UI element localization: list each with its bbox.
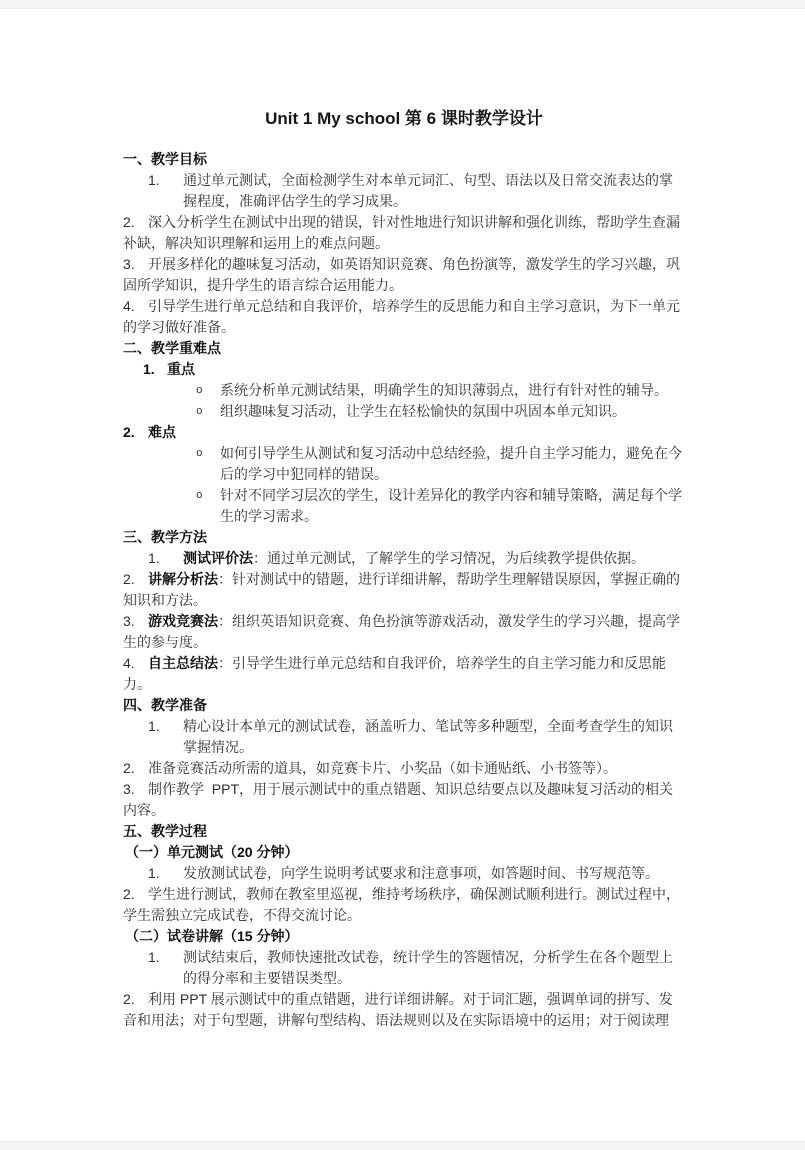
list-marker: 2.	[123, 989, 148, 1010]
list-item-text: 测试结束后，教师快速批改试卷，统计学生的答题情况，分析学生在各个题型上的得分率和…	[183, 949, 673, 986]
list-item: 3.制作教学 PPT，用于展示测试中的重点错题、知识总结要点以及趣味复习活动的相…	[123, 779, 685, 821]
bullet-text: 组织趣味复习活动，让学生在轻松愉快的氛围中巩固本单元知识。	[220, 403, 626, 419]
list-marker: 3.	[123, 611, 148, 632]
method-name: 自主总结法	[148, 655, 218, 671]
bullet-text: 如何引导学生从测试和复习活动中总结经验，提升自主学习能力，避免在今后的学习中犯同…	[220, 445, 682, 482]
list-item: 2.讲解分析法：针对测试中的错题，进行详细讲解，帮助学生理解错误原因，掌握正确的…	[123, 569, 685, 611]
list-marker: 1.	[148, 716, 160, 737]
list-marker: 3.	[123, 779, 148, 800]
list-marker: 1.	[148, 170, 160, 191]
list-marker: 2.	[123, 758, 148, 779]
list-item-text: 精心设计本单元的测试试卷，涵盖听力、笔试等多种题型，全面考查学生的知识掌握情况。	[183, 718, 673, 755]
bullet-text: 系统分析单元测试结果，明确学生的知识薄弱点，进行有针对性的辅导。	[220, 382, 668, 398]
subsection-heading-unit-test: （一）单元测试（20 分钟）	[123, 842, 685, 863]
document-title: Unit 1 My school 第 6 课时教学设计	[123, 107, 685, 131]
section-heading-preparation: 四、教学准备	[123, 695, 685, 716]
list-item: 2.学生进行测试，教师在教室里巡视，维持考场秩序，确保测试顺利进行。测试过程中，…	[123, 884, 685, 926]
method-name: 讲解分析法	[148, 571, 218, 587]
list-item: 4.自主总结法：引导学生进行单元总结和自我评价，培养学生的自主学习能力和反思能力…	[123, 653, 685, 695]
list-item-text: 开展多样化的趣味复习活动，如英语知识竞赛、角色扮演等，激发学生的学习兴趣，巩固所…	[123, 256, 680, 293]
bullet-marker: o	[196, 402, 203, 423]
list-marker: 1.	[143, 359, 155, 380]
list-marker: 2.	[123, 212, 148, 233]
list-item-text: 通过单元测试，全面检测学生对本单元词汇、句型、语法以及日常交流表达的掌握程度，准…	[183, 172, 673, 209]
bullet-text: 针对不同学习层次的学生，设计差异化的教学内容和辅导策略，满足每个学生的学习需求。	[220, 487, 682, 524]
bullet-marker: o	[196, 444, 203, 465]
list-item: 3.游戏竞赛法：组织英语知识竞赛、角色扮演等游戏活动，激发学生的学习兴趣，提高学…	[123, 611, 685, 653]
bullet-marker: o	[196, 381, 203, 402]
list-item-difficult-points: 2.难点	[123, 422, 685, 443]
list-item-text: 重点	[167, 361, 195, 377]
bullet-item: o系统分析单元测试结果，明确学生的知识薄弱点，进行有针对性的辅导。	[123, 380, 685, 401]
list-marker: 2.	[123, 884, 148, 905]
bullet-item: o针对不同学习层次的学生，设计差异化的教学内容和辅导策略，满足每个学生的学习需求…	[123, 485, 685, 527]
list-marker: 4.	[123, 296, 148, 317]
list-marker: 1.	[148, 947, 160, 968]
list-item: 1.测试结束后，教师快速批改试卷，统计学生的答题情况，分析学生在各个题型上的得分…	[123, 947, 685, 989]
list-item: 1.精心设计本单元的测试试卷，涵盖听力、笔试等多种题型，全面考查学生的知识掌握情…	[123, 716, 685, 758]
list-item: 2.准备竞赛活动所需的道具，如竞赛卡片、小奖品（如卡通贴纸、小书签等）。	[123, 758, 685, 779]
bullet-item: o组织趣味复习活动，让学生在轻松愉快的氛围中巩固本单元知识。	[123, 401, 685, 422]
bullet-marker: o	[196, 486, 203, 507]
list-item-text: ：通过单元测试，了解学生的学习情况，为后续教学提供依据。	[253, 550, 645, 566]
list-item-key-points: 1.重点	[123, 359, 685, 380]
list-item-text: 发放测试试卷，向学生说明考试要求和注意事项，如答题时间、书写规范等。	[183, 865, 659, 881]
subsection-heading-paper-review: （二）试卷讲解（15 分钟）	[123, 926, 685, 947]
section-heading-key-difficult-points: 二、教学重难点	[123, 338, 685, 359]
list-item: 2.深入分析学生在测试中出现的错误，针对性地进行知识讲解和强化训练，帮助学生查漏…	[123, 212, 685, 254]
bullet-item: o如何引导学生从测试和复习活动中总结经验，提升自主学习能力，避免在今后的学习中犯…	[123, 443, 685, 485]
section-heading-objectives: 一、教学目标	[123, 149, 685, 170]
list-item: 1.通过单元测试，全面检测学生对本单元词汇、句型、语法以及日常交流表达的掌握程度…	[123, 170, 685, 212]
list-item: 1.发放测试试卷，向学生说明考试要求和注意事项，如答题时间、书写规范等。	[123, 863, 685, 884]
list-marker: 4.	[123, 653, 148, 674]
list-item-text: 准备竞赛活动所需的道具，如竞赛卡片、小奖品（如卡通贴纸、小书签等）。	[148, 760, 617, 776]
list-item: 4.引导学生进行单元总结和自我评价，培养学生的反思能力和自主学习意识，为下一单元…	[123, 296, 685, 338]
list-item-text: 制作教学 PPT，用于展示测试中的重点错题、知识总结要点以及趣味复习活动的相关内…	[123, 781, 673, 818]
list-item: 2.利用 PPT 展示测试中的重点错题，进行详细讲解。对于词汇题，强调单词的拼写…	[123, 989, 685, 1031]
list-item-text: 利用 PPT 展示测试中的重点错题，进行详细讲解。对于词汇题，强调单词的拼写、发…	[123, 991, 673, 1028]
list-marker: 3.	[123, 254, 148, 275]
list-item-text: 学生进行测试，教师在教室里巡视，维持考场秩序，确保测试顺利进行。测试过程中，学生…	[123, 886, 680, 923]
list-item-text: 难点	[148, 424, 176, 440]
section-heading-process: 五、教学过程	[123, 821, 685, 842]
list-marker: 1.	[148, 863, 160, 884]
list-marker: 2.	[123, 569, 148, 590]
list-marker: 1.	[148, 548, 160, 569]
method-name: 游戏竞赛法	[148, 613, 218, 629]
document-page: Unit 1 My school 第 6 课时教学设计 一、教学目标 1.通过单…	[0, 8, 805, 1142]
section-heading-methods: 三、教学方法	[123, 527, 685, 548]
list-item-text: 引导学生进行单元总结和自我评价，培养学生的反思能力和自主学习意识，为下一单元的学…	[123, 298, 680, 335]
list-marker: 2.	[123, 422, 148, 443]
list-item: 3.开展多样化的趣味复习活动，如英语知识竞赛、角色扮演等，激发学生的学习兴趣，巩…	[123, 254, 685, 296]
list-item: 1.测试评价法：通过单元测试，了解学生的学习情况，为后续教学提供依据。	[123, 548, 685, 569]
method-name: 测试评价法	[183, 550, 253, 566]
list-item-text: 深入分析学生在测试中出现的错误，针对性地进行知识讲解和强化训练，帮助学生查漏补缺…	[123, 214, 680, 251]
